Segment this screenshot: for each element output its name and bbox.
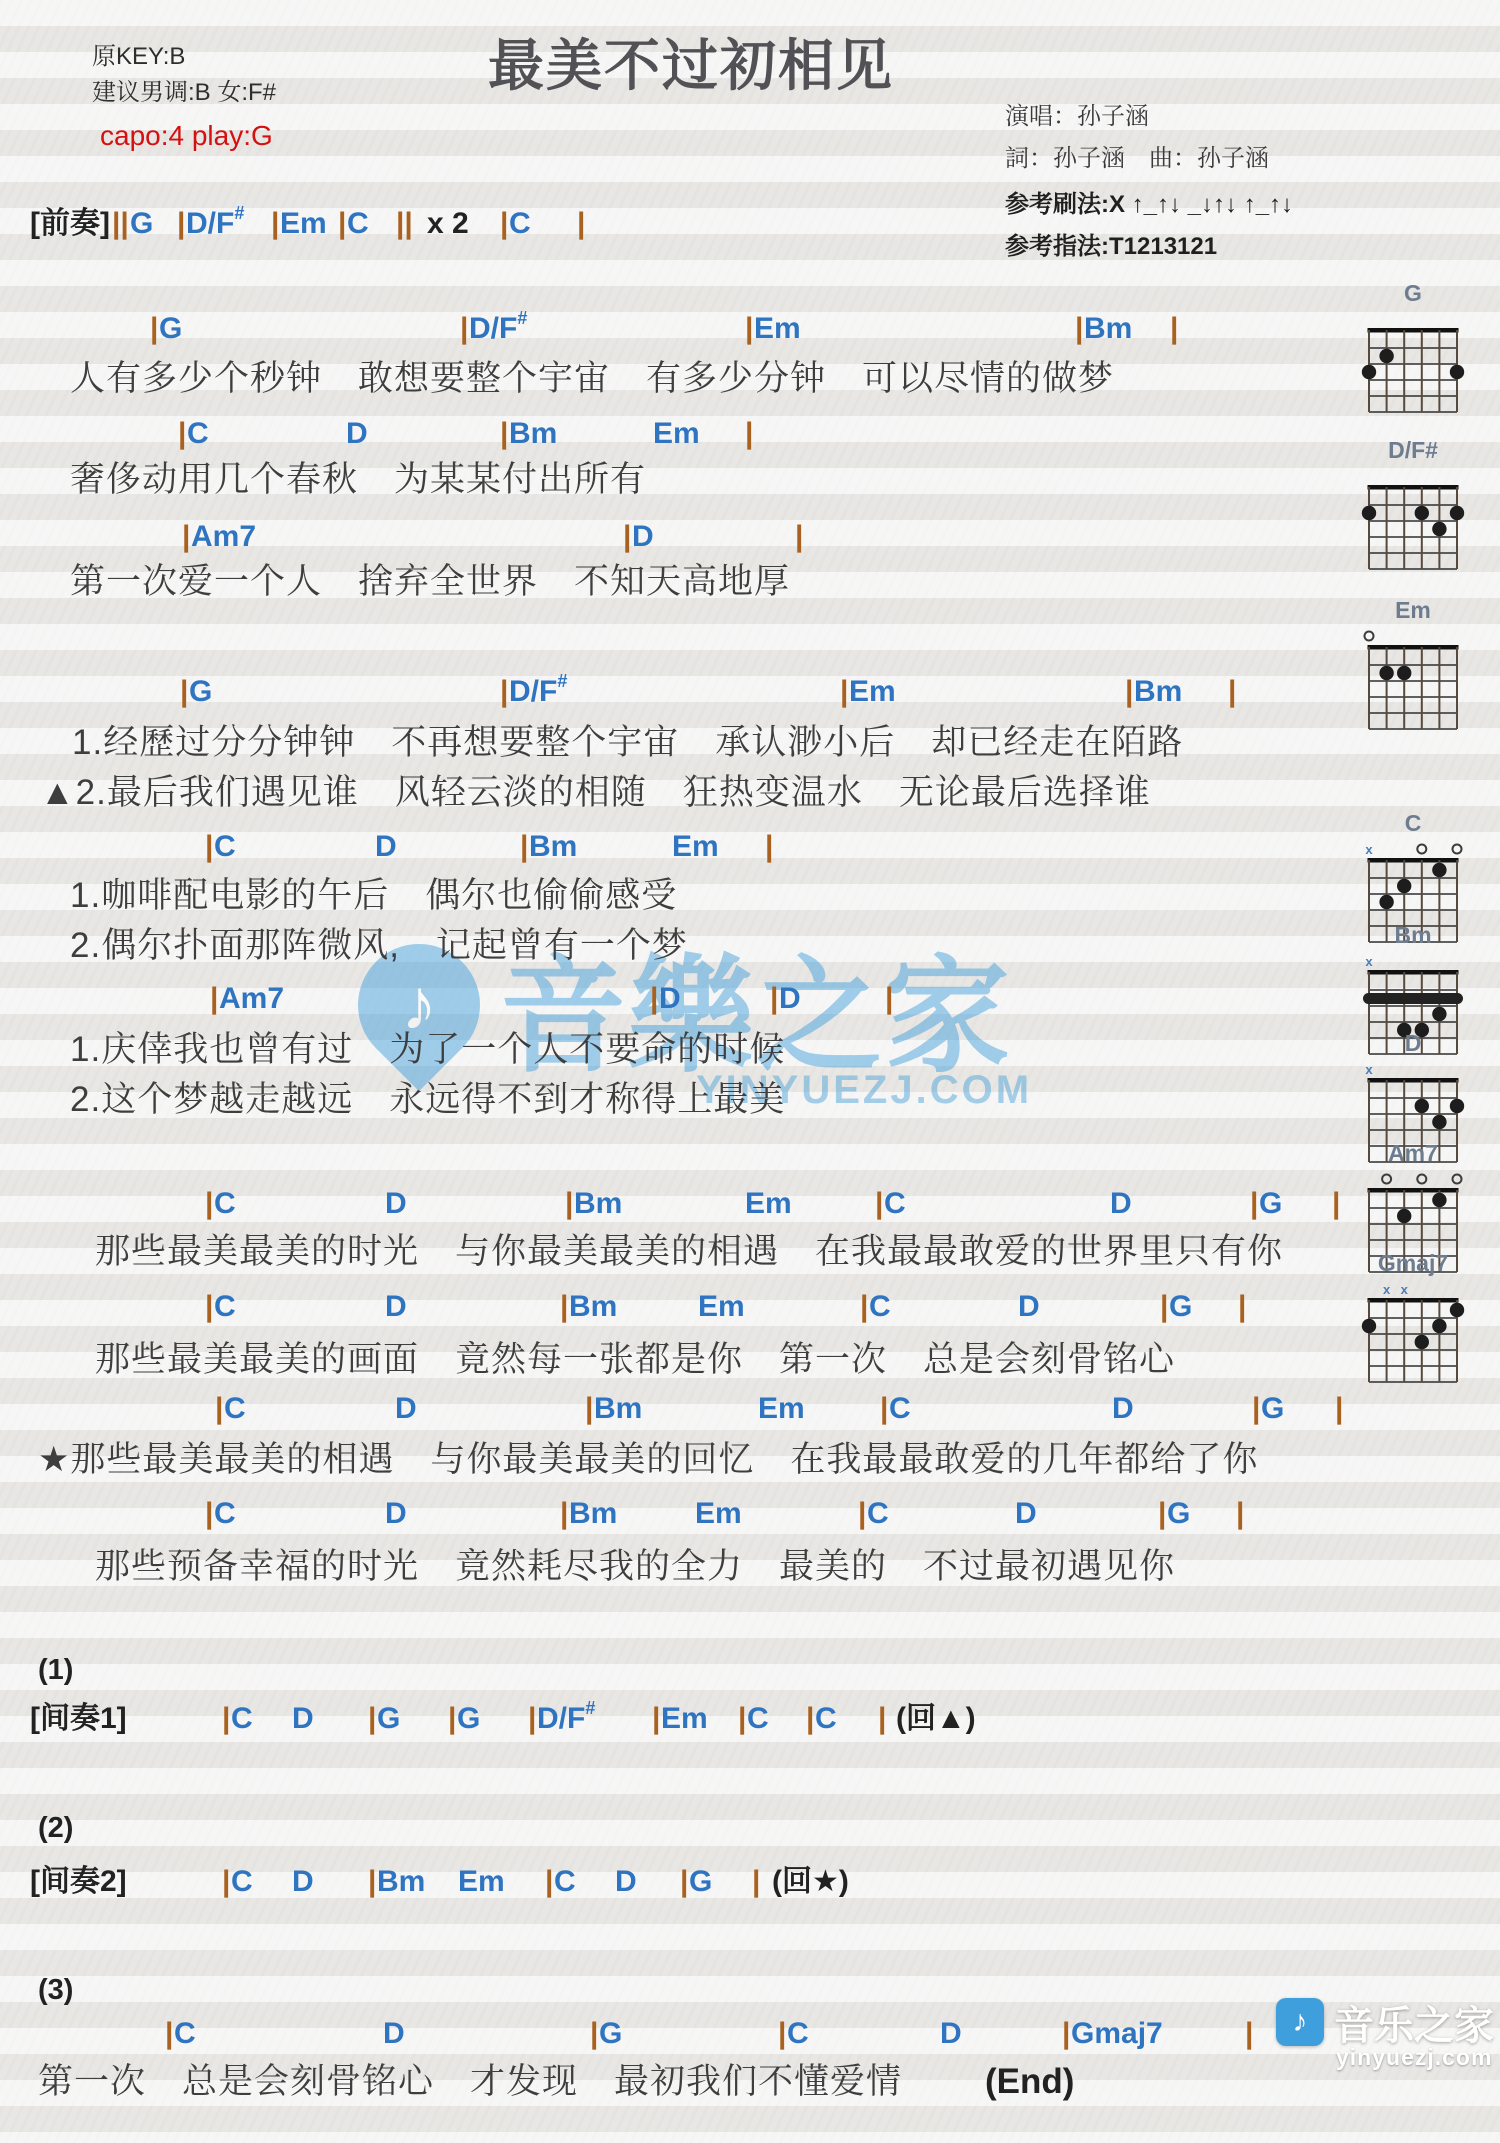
fretboard-grid-icon: [1354, 627, 1472, 735]
chord-diagram-label: C: [1354, 810, 1472, 837]
fretboard-grid-icon: [1354, 467, 1472, 575]
chord-diagram-label: D: [1354, 1030, 1472, 1057]
chord-diagram-Em: Em: [1354, 597, 1472, 740]
chord-diagram-column: GD/F#EmCxBmxDxAm7Gmaj7xx: [0, 0, 1500, 2143]
svg-text:x: x: [1401, 1282, 1409, 1297]
fretboard-grid-icon: [1354, 310, 1472, 418]
music-note-icon: ♪: [1276, 1998, 1324, 2046]
chord-diagram-label: Em: [1354, 597, 1472, 624]
svg-text:x: x: [1383, 1282, 1391, 1297]
chord-diagram-label: Gmaj7: [1354, 1250, 1472, 1277]
chord-diagram-label: Am7: [1354, 1140, 1472, 1167]
chord-diagram-Gmaj7: Gmaj7xx: [1354, 1250, 1472, 1393]
watermark-corner: ♪ 音乐之家 yinyuezj.com: [1276, 1994, 1496, 2104]
svg-text:x: x: [1365, 954, 1373, 969]
chord-diagram-label: G: [1354, 280, 1472, 307]
chord-diagram-label: D/F#: [1354, 437, 1472, 464]
chord-diagram-D/F#: D/F#: [1354, 437, 1472, 580]
fretboard-grid-icon: xx: [1354, 1280, 1472, 1388]
watermark-url: yinyuezj.com: [1336, 2044, 1492, 2071]
chord-diagram-label: Bm: [1354, 922, 1472, 949]
svg-text:x: x: [1365, 842, 1373, 857]
chord-diagram-G: G: [1354, 280, 1472, 423]
chord-sheet-page: ♪ 音樂之家 YINYUEZJ.COM 原KEY:B 建议男调:B 女:F# c…: [0, 0, 1500, 2143]
svg-text:x: x: [1365, 1062, 1373, 1077]
watermark-brand: 音乐之家: [1334, 1994, 1494, 2051]
